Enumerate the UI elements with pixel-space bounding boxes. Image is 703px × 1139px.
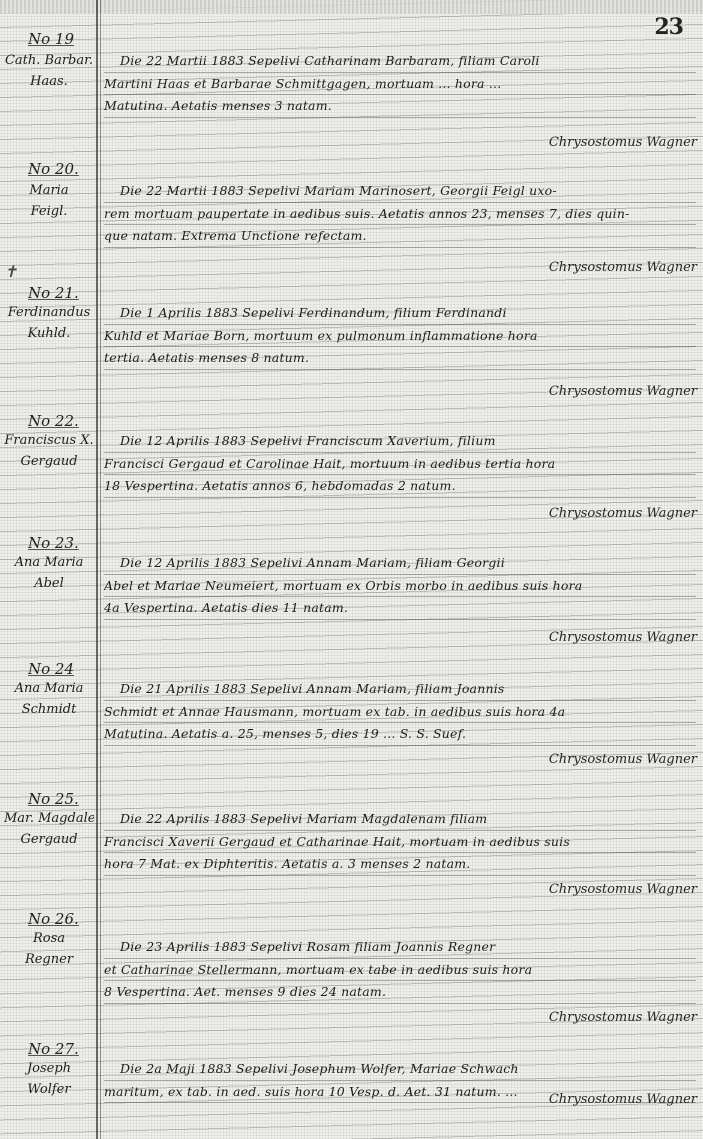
name-line: Gergaud — [4, 451, 94, 472]
text-line: Die 12 Aprilis 1883 Sepelivi Franciscum … — [104, 430, 696, 453]
priest-signature: Chrysostomus Wagner — [549, 260, 697, 275]
entry-number: No 22. — [28, 412, 79, 430]
entry-text: Die 22 Martii 1883 Sepelivi Catharinam B… — [104, 50, 696, 118]
text-line: rem mortuam paupertate in aedibus suis. … — [104, 203, 696, 226]
deceased-name: Mar. Magdalena Gergaud — [4, 808, 94, 850]
priest-signature: Chrysostomus Wagner — [549, 506, 697, 521]
entry-number: No 25. — [28, 790, 79, 808]
priest-signature: Chrysostomus Wagner — [549, 1010, 697, 1025]
text-line: Die 1 Aprilis 1883 Sepelivi Ferdinandum,… — [104, 302, 696, 325]
entry-text: Die 22 Martii 1883 Sepelivi Mariam Marin… — [104, 180, 696, 248]
page-top-edge — [0, 0, 703, 14]
entry-number: No 27. — [28, 1040, 79, 1058]
name-line: Abel — [4, 573, 94, 594]
entry-text: Die 23 Aprilis 1883 Sepelivi Rosam filia… — [104, 936, 696, 1004]
name-line: Regner — [4, 949, 94, 970]
entry-number: No 24 — [28, 660, 74, 678]
priest-signature: Chrysostomus Wagner — [549, 135, 697, 150]
text-line: Francisci Gergaud et Carolinae Hait, mor… — [104, 453, 696, 476]
name-line: Kuhld. — [4, 323, 94, 344]
name-line: Feigl. — [4, 201, 94, 222]
text-line: 8 Vespertina. Aet. menses 9 dies 24 nata… — [104, 981, 696, 1004]
deceased-name: Maria Feigl. — [4, 180, 94, 222]
marginal-mark: ✝ — [4, 262, 17, 281]
text-line: et Catharinae Stellermann, mortuam ex ta… — [104, 959, 696, 982]
text-line: Matutina. Aetatis a. 25, menses 5, dies … — [104, 723, 696, 746]
name-line: Haas. — [4, 71, 94, 92]
text-line: Die 21 Aprilis 1883 Sepelivi Annam Maria… — [104, 678, 696, 701]
name-line: Wolfer — [4, 1079, 94, 1100]
text-line: 18 Vespertina. Aetatis annos 6, hebdomad… — [104, 475, 696, 498]
entry-number: No 23. — [28, 534, 79, 552]
entry-number: No 20. — [28, 160, 79, 178]
name-line: Joseph — [4, 1058, 94, 1079]
priest-signature: Chrysostomus Wagner — [549, 1092, 697, 1107]
register-page: 23 ✝ No 19 Cath. Barbar. Haas. Die 22 Ma… — [0, 0, 703, 1139]
text-line: Matutina. Aetatis menses 3 natam. — [104, 95, 696, 118]
deceased-name: Cath. Barbar. Haas. — [4, 50, 94, 92]
text-line: Die 22 Aprilis 1883 Sepelivi Mariam Magd… — [104, 808, 696, 831]
name-line: Maria — [4, 180, 94, 201]
deceased-name: Rosa Regner — [4, 928, 94, 970]
text-line: Die 12 Aprilis 1883 Sepelivi Annam Maria… — [104, 552, 696, 575]
deceased-name: Ana Maria Abel — [4, 552, 94, 594]
name-line: Rosa — [4, 928, 94, 949]
text-line: 4a Vespertina. Aetatis dies 11 natam. — [104, 597, 696, 620]
text-line: hora 7 Mat. ex Diphteritis. Aetatis a. 3… — [104, 853, 696, 876]
priest-signature: Chrysostomus Wagner — [549, 384, 697, 399]
text-line: Kuhld et Mariae Born, mortuum ex pulmonu… — [104, 325, 696, 348]
deceased-name: Ana Maria Schmidt — [4, 678, 94, 720]
name-line: Mar. Magdalena — [4, 808, 94, 829]
name-line: Ana Maria — [4, 552, 94, 573]
margin-rule-secondary — [100, 0, 101, 1139]
entry-text: Die 12 Aprilis 1883 Sepelivi Franciscum … — [104, 430, 696, 498]
page-number: 23 — [654, 14, 683, 40]
text-line: Martini Haas et Barbarae Schmittgagen, m… — [104, 73, 696, 96]
text-line: Die 2a Maji 1883 Sepelivi Josephum Wolfe… — [104, 1058, 696, 1081]
text-line: Die 22 Martii 1883 Sepelivi Mariam Marin… — [104, 180, 696, 203]
entry-number: No 19 — [28, 30, 74, 48]
priest-signature: Chrysostomus Wagner — [549, 752, 697, 767]
deceased-name: Ferdinandus Kuhld. — [4, 302, 94, 344]
text-line: Abel et Mariae Neumeiert, mortuam ex Orb… — [104, 575, 696, 598]
text-line: Francisci Xaverii Gergaud et Catharinae … — [104, 831, 696, 854]
name-line: Cath. Barbar. — [4, 50, 94, 71]
text-line: Schmidt et Annae Hausmann, mortuam ex ta… — [104, 701, 696, 724]
name-line: Gergaud — [4, 829, 94, 850]
text-line: que natam. Extrema Unctione refectam. — [104, 225, 696, 248]
deceased-name: Joseph Wolfer — [4, 1058, 94, 1100]
name-line: Franciscus X. — [4, 430, 94, 451]
text-line: Die 22 Martii 1883 Sepelivi Catharinam B… — [104, 50, 696, 73]
deceased-name: Franciscus X. Gergaud — [4, 430, 94, 472]
entry-text: Die 22 Aprilis 1883 Sepelivi Mariam Magd… — [104, 808, 696, 876]
name-line: Ana Maria — [4, 678, 94, 699]
entry-text: Die 21 Aprilis 1883 Sepelivi Annam Maria… — [104, 678, 696, 746]
entry-text: Die 1 Aprilis 1883 Sepelivi Ferdinandum,… — [104, 302, 696, 370]
text-line: Die 23 Aprilis 1883 Sepelivi Rosam filia… — [104, 936, 696, 959]
priest-signature: Chrysostomus Wagner — [549, 630, 697, 645]
priest-signature: Chrysostomus Wagner — [549, 882, 697, 897]
text-line: tertia. Aetatis menses 8 natum. — [104, 347, 696, 370]
margin-rule — [96, 0, 98, 1139]
entry-text: Die 12 Aprilis 1883 Sepelivi Annam Maria… — [104, 552, 696, 620]
name-line: Ferdinandus — [4, 302, 94, 323]
entry-number: No 21. — [28, 284, 79, 302]
entry-number: No 26. — [28, 910, 79, 928]
name-line: Schmidt — [4, 699, 94, 720]
